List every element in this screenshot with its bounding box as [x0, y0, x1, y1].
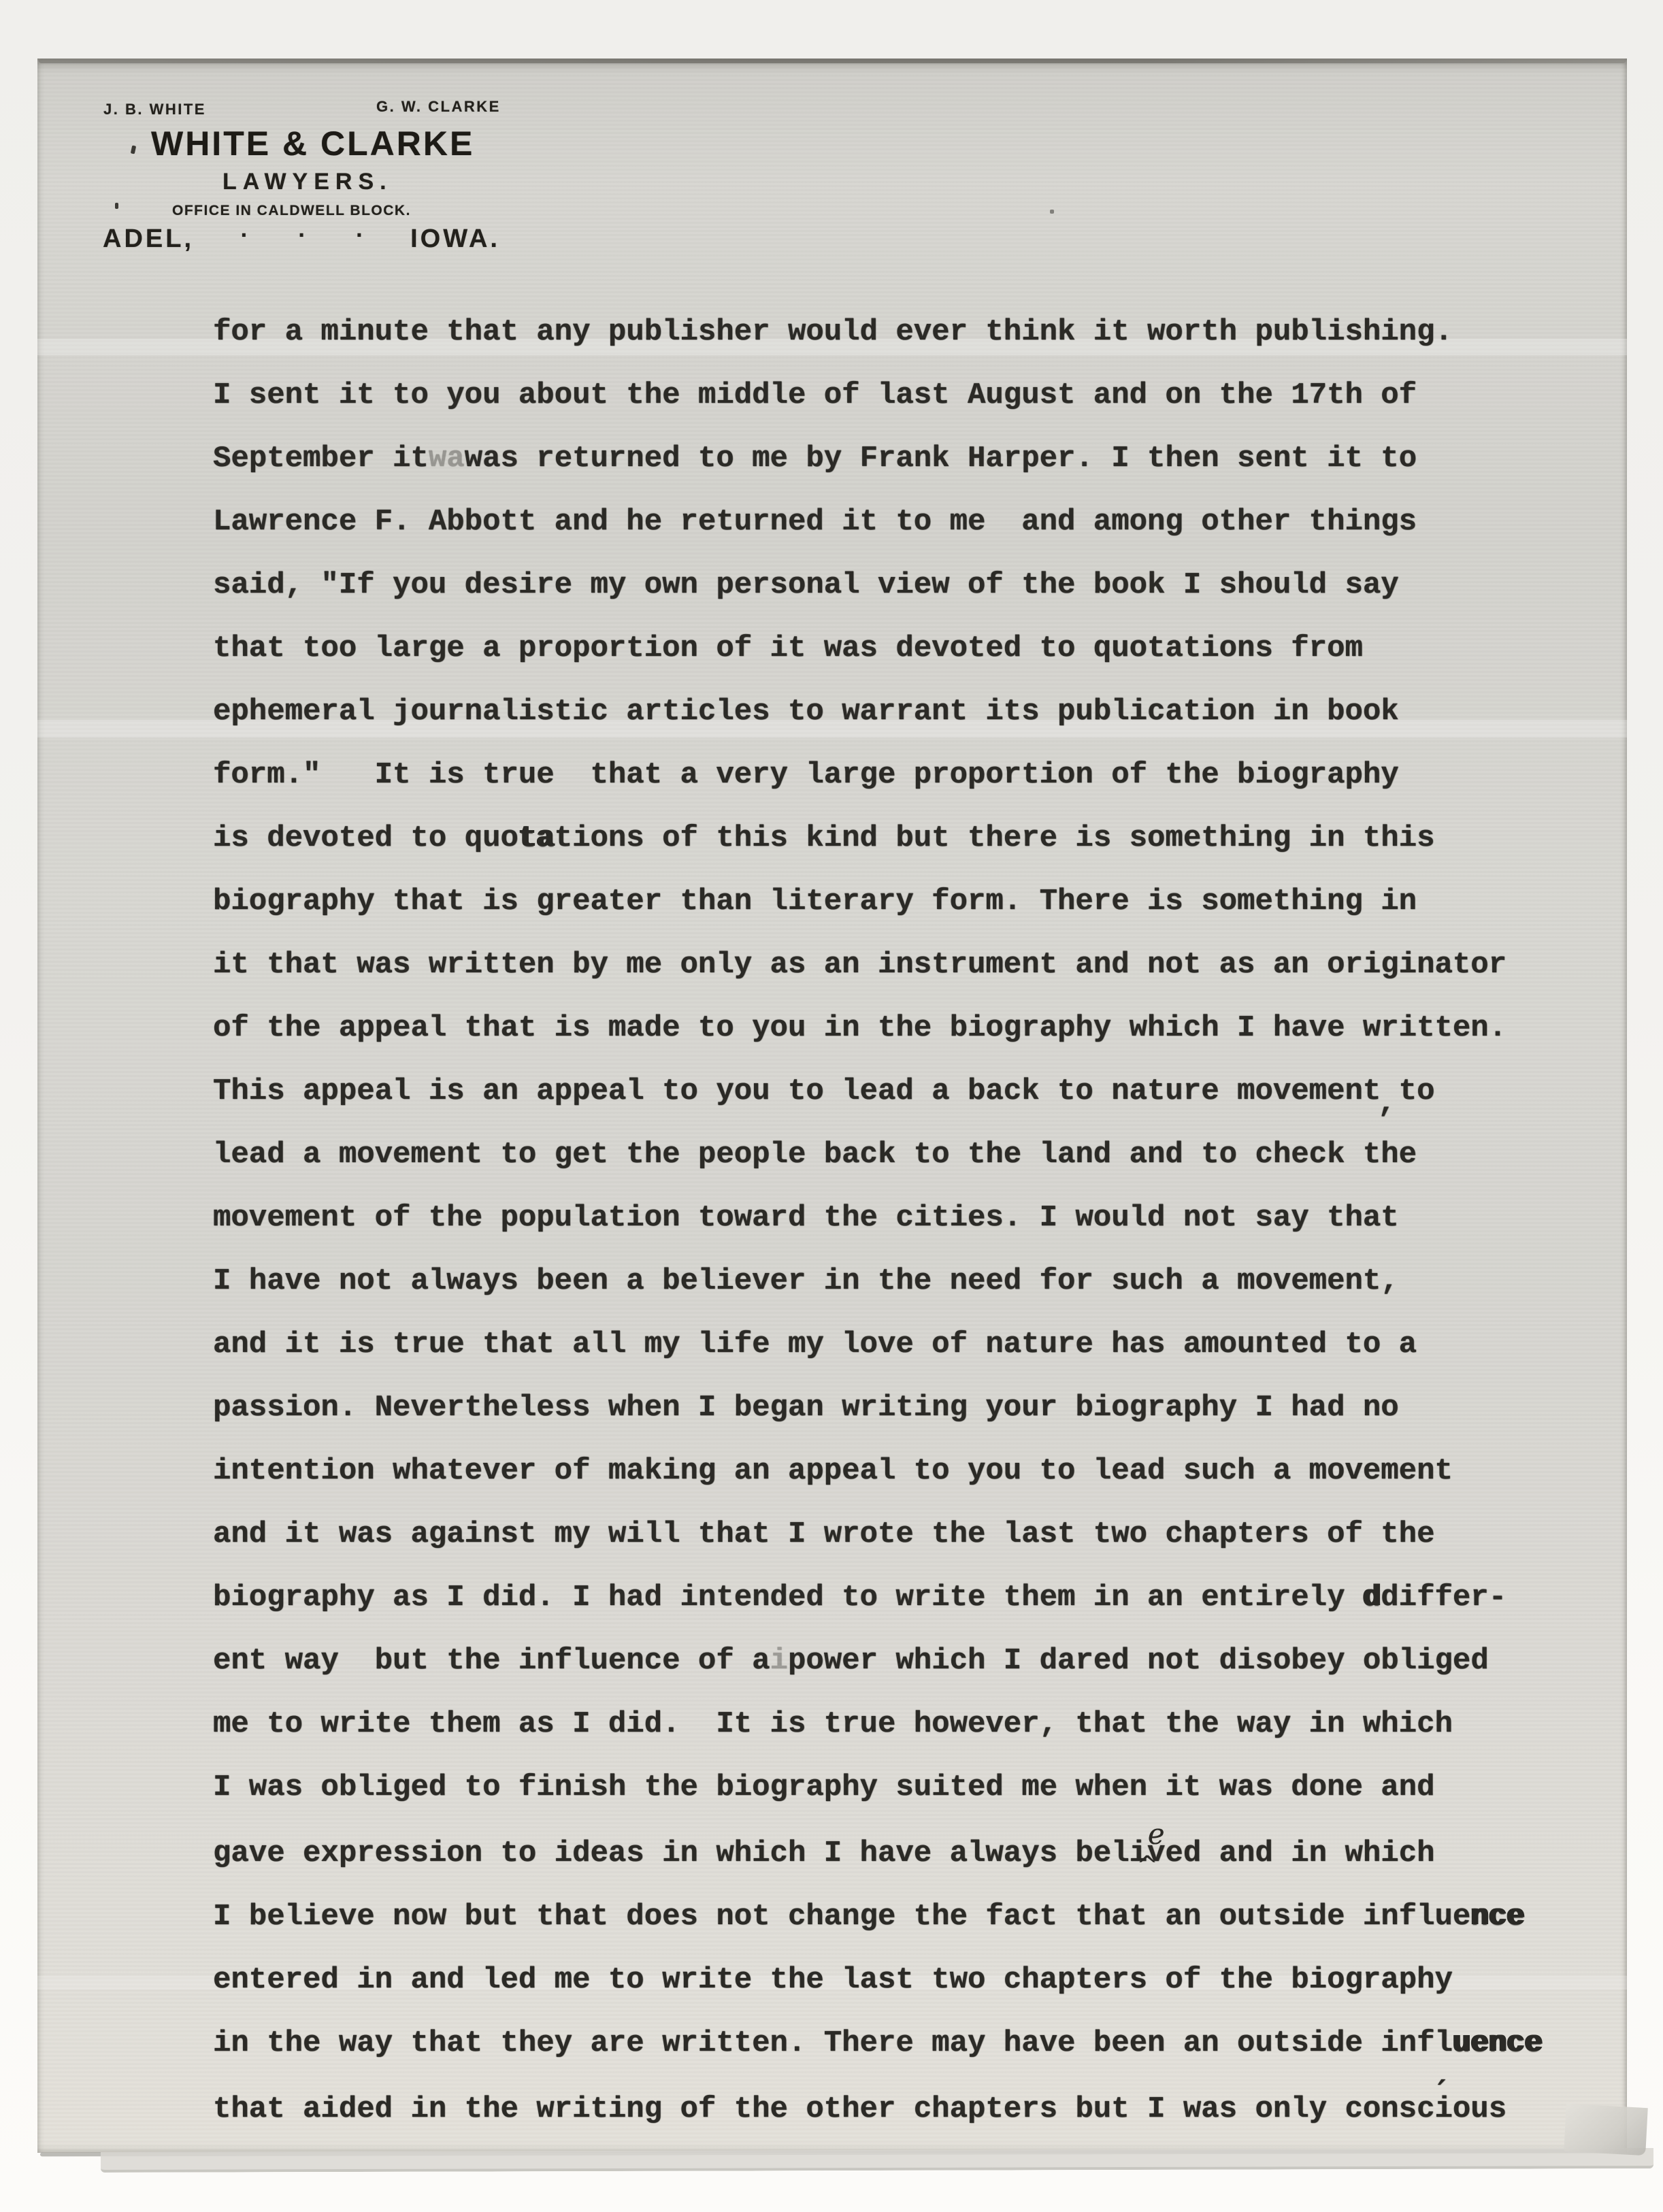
letter-text: movement of the population toward the ci…	[213, 1201, 1399, 1235]
ink-speck	[1050, 210, 1054, 214]
letterhead-profession: LAWYERS.	[223, 169, 393, 195]
letter-line: and it was against my will that I wrote …	[213, 1503, 1581, 1566]
letter-text: intention whatever of making an appeal t…	[213, 1454, 1453, 1488]
letter-text-ghost: i	[770, 1644, 788, 1678]
letter-line: that too large a proportion of it was de…	[213, 617, 1581, 680]
letter-text-ghost: wa	[429, 442, 465, 476]
letter-text-smudge: d	[1363, 1581, 1381, 1615]
letter-text: that too large a proportion of it was de…	[213, 631, 1363, 665]
letter-line: for a minute that any publisher would ev…	[213, 301, 1581, 364]
letter-text: that aided in the writing of the other c…	[213, 2092, 1435, 2126]
letter-text: This appeal is an appeal to you to lead …	[213, 1074, 1381, 1108]
letter-line: intention whatever of making an appeal t…	[213, 1440, 1581, 1503]
letter-line: I have not always been a believer in the…	[213, 1250, 1581, 1313]
letter-text: I was obliged to finish the biography su…	[213, 1770, 1435, 1804]
letterhead-attorney-left: J. B. WHITE	[103, 101, 206, 118]
letter-line: and it is true that all my life my love …	[213, 1313, 1581, 1376]
letter-line: it that was written by me only as an ins…	[213, 934, 1581, 997]
underlying-sheet-edge	[101, 2148, 1653, 2173]
letter-line: I sent it to you about the middle of las…	[213, 364, 1581, 427]
scanned-letter-canvas: J. B. WHITE G. W. CLARKE WHITE & CLARKE …	[0, 0, 1663, 2212]
letter-text: ved and in which	[1147, 1836, 1434, 1870]
letter-line: I believe now but that does not change t…	[213, 1885, 1581, 1949]
letter-text: Lawrence F. Abbott and he returned it to…	[213, 505, 1417, 539]
letter-body: for a minute that any publisher would ev…	[213, 301, 1581, 2141]
letter-text: is devoted to quo	[213, 821, 518, 855]
letter-text: was returned to me by Frank Harper. I th…	[465, 442, 1417, 476]
letter-text: ephemeral journalistic articles to warra…	[213, 695, 1399, 729]
letter-line: passion. Nevertheless when I began writi…	[213, 1376, 1581, 1440]
letter-line: entered in and led me to write the last …	[213, 1949, 1581, 2012]
letter-line: that aided in the writing of the other c…	[213, 2075, 1581, 2141]
letter-text-smudge: uence	[1453, 2026, 1543, 2060]
letter-text: September it	[213, 442, 429, 476]
letter-line: is devoted to quotations of this kind bu…	[213, 807, 1581, 870]
letter-text: tions of this kind but there is somethin…	[555, 821, 1435, 855]
letter-line: ent way but the influence of aipower whi…	[213, 1630, 1581, 1693]
letter-text: I have not always been a believer in the…	[213, 1264, 1399, 1298]
letterhead-attorney-right: G. W. CLARKE	[376, 98, 501, 116]
letter-text-smudge: ta	[518, 821, 555, 855]
letter-text: differ-	[1381, 1581, 1506, 1615]
letter-text: said, "If you desire my own personal vie…	[213, 568, 1399, 602]
letter-text: it that was written by me only as an ins…	[213, 948, 1506, 982]
letter-text: biography that is greater than literary …	[213, 885, 1417, 919]
letter-text: of the appeal that is made to you in the…	[213, 1011, 1506, 1045]
letter-line: said, "If you desire my own personal vie…	[213, 554, 1581, 617]
letter-page: J. B. WHITE G. W. CLARKE WHITE & CLARKE …	[37, 59, 1627, 2153]
letter-text: lead a movement to get the people back t…	[213, 1138, 1417, 1172]
letter-text: and it is true that all my life my love …	[213, 1327, 1417, 1361]
ink-speck	[131, 146, 136, 154]
letter-text: for a minute that any publisher would ev…	[213, 315, 1453, 349]
letter-line: gave expression to ideas in which I have…	[213, 1819, 1581, 1885]
letter-line: movement of the population toward the ci…	[213, 1187, 1581, 1250]
letterhead-separator-dots: · · ·	[241, 222, 364, 249]
letterhead-city: ADEL,	[103, 225, 194, 254]
letter-text: passion. Nevertheless when I began writi…	[213, 1391, 1399, 1425]
letter-line: me to write them as I did. It is true ho…	[213, 1693, 1581, 1756]
letter-text: form." It is true that a very large prop…	[213, 758, 1399, 792]
letter-line: biography that is greater than literary …	[213, 870, 1581, 934]
letter-text: me to write them as I did. It is true ho…	[213, 1707, 1453, 1741]
letter-text: I believe now but that does not change t…	[213, 1900, 1470, 1934]
letter-line: in the way that they are written. There …	[213, 2012, 1581, 2075]
letter-text: power which I dared not disobey obliged	[788, 1644, 1489, 1678]
letterhead-firm-name: WHITE & CLARKE	[151, 124, 474, 163]
letter-text: in the way that they are written. There …	[213, 2026, 1453, 2060]
letter-text: ent way but the influence of a	[213, 1644, 770, 1678]
letter-line: form." It is true that a very large prop…	[213, 744, 1581, 807]
letterhead-office-line: OFFICE IN CALDWELL BLOCK.	[172, 203, 411, 219]
letter-text: and it was against my will that I wrote …	[213, 1517, 1435, 1551]
letter-text: biography as I did. I had intended to wr…	[213, 1581, 1363, 1615]
letterhead-city-row: ADEL, · · · IOWA.	[103, 225, 500, 254]
letter-line: lead a movement to get the people back t…	[213, 1123, 1581, 1187]
letter-text: I sent it to you about the middle of las…	[213, 378, 1417, 412]
letter-text-smudge: nce	[1470, 1900, 1524, 1934]
letter-text: entered in and led me to write the last …	[213, 1963, 1453, 1997]
letter-text: gave expression to ideas in which I have…	[213, 1836, 1147, 1870]
paper-corner-fold	[1564, 2104, 1647, 2156]
letter-line: September itwawas returned to me by Fran…	[213, 427, 1581, 491]
letter-line: biography as I did. I had intended to wr…	[213, 1566, 1581, 1630]
letter-line: I was obliged to finish the biography su…	[213, 1756, 1581, 1819]
letter-line: ephemeral journalistic articles to warra…	[213, 680, 1581, 744]
letter-line: Lawrence F. Abbott and he returned it to…	[213, 491, 1581, 554]
letter-line: This appeal is an appeal to you to lead …	[213, 1060, 1581, 1123]
letterhead-state: IOWA.	[410, 225, 500, 254]
letter-line: of the appeal that is made to you in the…	[213, 997, 1581, 1060]
ink-speck	[115, 203, 118, 209]
